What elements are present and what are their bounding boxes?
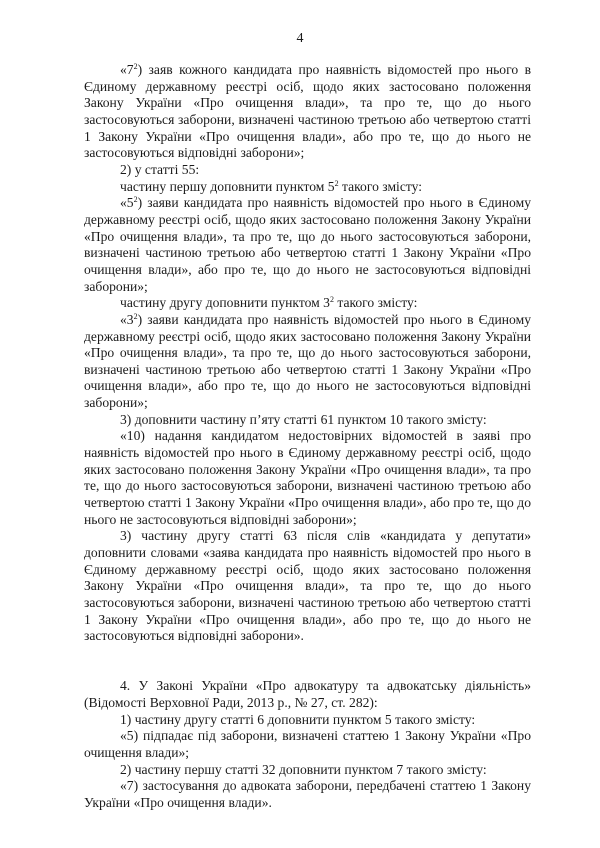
paragraph-gap xyxy=(84,662,531,679)
text-run: «10) надання кандидатом недостовірних ві… xyxy=(84,428,531,526)
paragraph-article-32: 2) частину першу статті 32 доповнити пун… xyxy=(84,762,531,779)
text-run: 2) у статті 55: xyxy=(120,162,199,177)
paragraph-article-55: 2) у статті 55: xyxy=(84,162,531,179)
text-run: такого змісту: xyxy=(339,179,422,194)
paragraph-item-7: «7) застосування до адвоката заборони, п… xyxy=(84,778,531,811)
text-run: 3) частину другу статті 63 після слів «к… xyxy=(84,528,531,643)
paragraph-item-3-2: «32) заяви кандидата про наявність відом… xyxy=(84,312,531,412)
page-number: 4 xyxy=(0,31,600,47)
paragraph-part-one: частину першу доповнити пунктом 52 таког… xyxy=(84,179,531,196)
paragraph-part-two: частину другу доповнити пунктом 32 таког… xyxy=(84,295,531,312)
text-run: ) заяви кандидата про наявність відомост… xyxy=(84,312,531,410)
paragraph-article-61: 3) доповнити частину п’яту статті 61 пун… xyxy=(84,412,531,429)
section-4-heading: 4. У Законі України «Про адвокатуру та а… xyxy=(84,678,531,711)
text-run: 3) доповнити частину п’яту статті 61 пун… xyxy=(120,412,487,427)
paragraph-item-5: «5) підпадає під заборони, визначені ста… xyxy=(84,728,531,761)
text-run: частину першу доповнити пунктом 5 xyxy=(120,179,335,194)
paragraph-item-10: «10) надання кандидатом недостовірних ві… xyxy=(84,428,531,528)
paragraph-gap xyxy=(84,645,531,662)
text-run: «5 xyxy=(120,195,134,210)
text-run: ) заяв кожного кандидата про наявність в… xyxy=(84,62,531,160)
paragraph-article-6: 1) частину другу статті 6 доповнити пунк… xyxy=(84,712,531,729)
paragraph-item-5-2: «52) заяви кандидата про наявність відом… xyxy=(84,195,531,295)
text-run: частину другу доповнити пунктом 3 xyxy=(120,295,330,310)
document-body: «72) заяв кожного кандидата про наявніст… xyxy=(84,62,531,812)
paragraph-item-7-2: «72) заяв кожного кандидата про наявніст… xyxy=(84,62,531,162)
text-run: «7 xyxy=(120,62,134,77)
text-run: ) заяви кандидата про наявність відомост… xyxy=(84,195,531,293)
text-run: такого змісту: xyxy=(334,295,417,310)
document-page: 4 «72) заяв кожного кандидата про наявні… xyxy=(0,0,600,848)
text-run: «3 xyxy=(120,312,134,327)
paragraph-article-63: 3) частину другу статті 63 після слів «к… xyxy=(84,528,531,645)
